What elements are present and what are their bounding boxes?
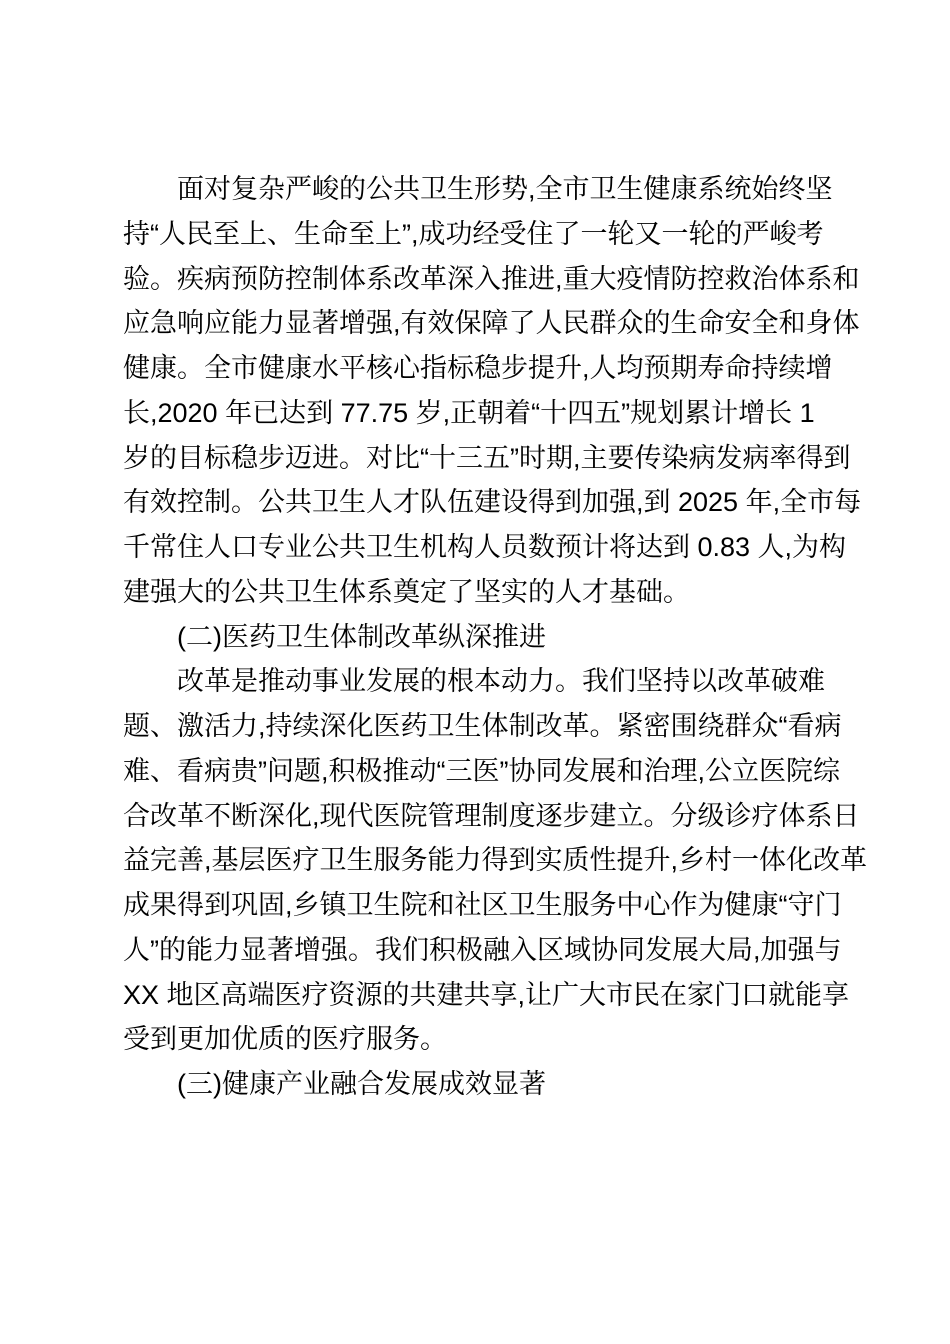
text-line: 应急响应能力显著增强,有效保障了人民群众的生命安全和身体 [123, 301, 853, 346]
text-line: 成果得到巩固,乡镇卫生院和社区卫生服务中心作为健康“守门 [123, 883, 853, 928]
text-line: 岁的目标稳步迈进。对比“十三五”时期,主要传染病发病率得到 [123, 436, 853, 481]
text-line: 千常住人口专业公共卫生机构人员数预计将达到 0.83 人,为构 [123, 525, 853, 570]
text-line: (三)健康产业融合发展成效显著 [123, 1062, 853, 1107]
text-line: 受到更加优质的医疗服务。 [123, 1017, 853, 1062]
text-line: 健康。全市健康水平核心指标稳步提升,人均预期寿命持续增 [123, 346, 853, 391]
text-line: 有效控制。公共卫生人才队伍建设得到加强,到 2025 年,全市每 [123, 480, 853, 525]
text-line: 益完善,基层医疗卫生服务能力得到实质性提升,乡村一体化改革 [123, 838, 853, 883]
document-body: 面对复杂严峻的公共卫生形势,全市卫生健康系统始终坚持“人民至上、生命至上”,成功… [123, 167, 853, 1107]
paragraph: 改革是推动事业发展的根本动力。我们坚持以改革破难题、激活力,持续深化医药卫生体制… [123, 659, 853, 1062]
text-line: 题、激活力,持续深化医药卫生体制改革。紧密围绕群众“看病 [123, 704, 853, 749]
text-line: 长,2020 年已达到 77.75 岁,正朝着“十四五”规划累计增长 1 [123, 391, 853, 436]
text-line: (二)医药卫生体制改革纵深推进 [123, 615, 853, 660]
text-line: 难、看病贵”问题,积极推动“三医”协同发展和治理,公立医院综 [123, 749, 853, 794]
paragraph: 面对复杂严峻的公共卫生形势,全市卫生健康系统始终坚持“人民至上、生命至上”,成功… [123, 167, 853, 615]
section-heading: (二)医药卫生体制改革纵深推进 [123, 615, 853, 660]
text-line: 人”的能力显著增强。我们积极融入区域协同发展大局,加强与 [123, 928, 853, 973]
text-line: XX 地区高端医疗资源的共建共享,让广大市民在家门口就能享 [123, 973, 853, 1018]
document-page: 面对复杂严峻的公共卫生形势,全市卫生健康系统始终坚持“人民至上、生命至上”,成功… [0, 0, 950, 1344]
text-line: 验。疾病预防控制体系改革深入推进,重大疫情防控救治体系和 [123, 257, 853, 302]
text-line: 合改革不断深化,现代医院管理制度逐步建立。分级诊疗体系日 [123, 794, 853, 839]
text-line: 持“人民至上、生命至上”,成功经受住了一轮又一轮的严峻考 [123, 212, 853, 257]
text-line: 改革是推动事业发展的根本动力。我们坚持以改革破难 [123, 659, 853, 704]
text-line: 面对复杂严峻的公共卫生形势,全市卫生健康系统始终坚 [123, 167, 853, 212]
text-line: 建强大的公共卫生体系奠定了坚实的人才基础。 [123, 570, 853, 615]
section-heading: (三)健康产业融合发展成效显著 [123, 1062, 853, 1107]
